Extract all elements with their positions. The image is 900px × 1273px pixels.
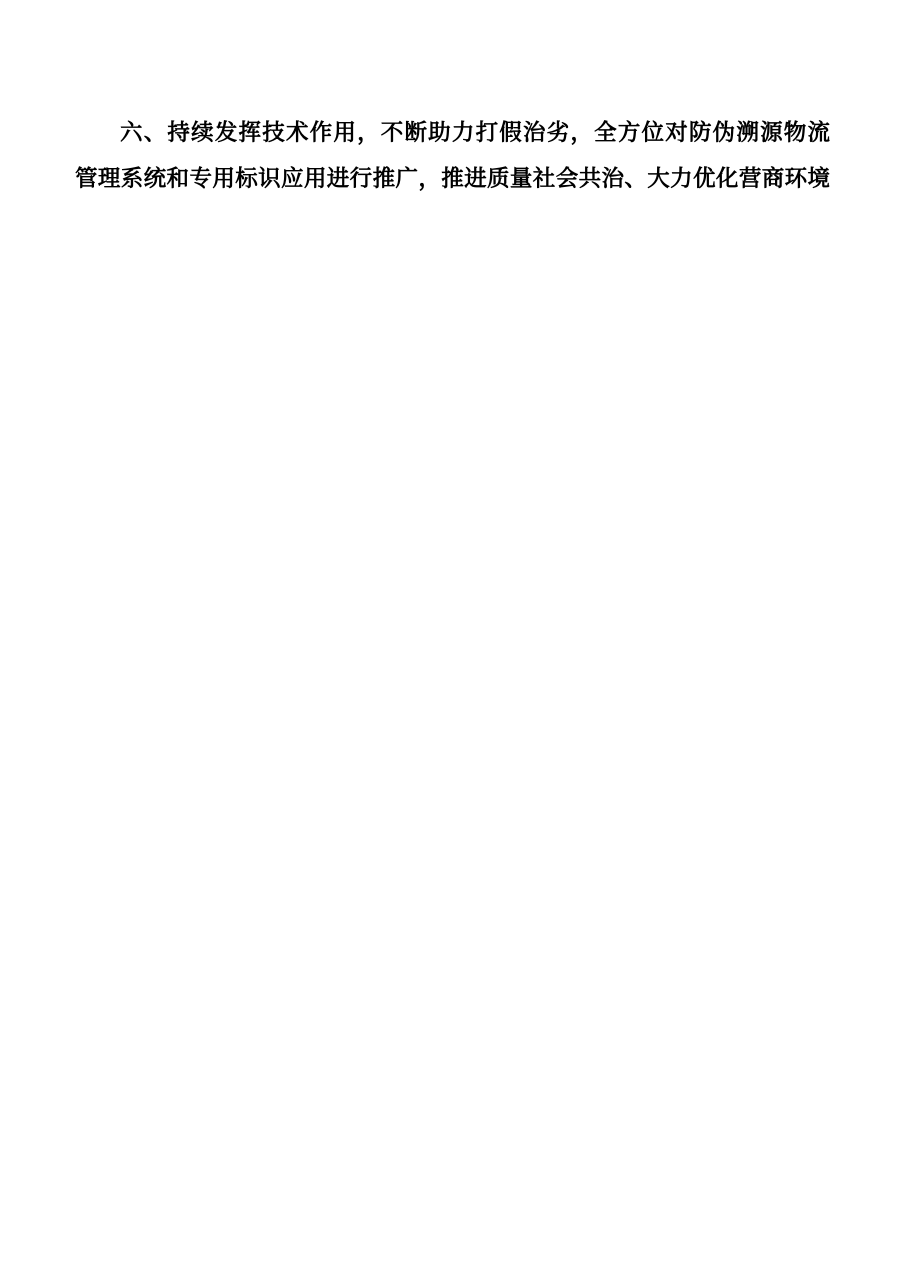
document-content: 六、持续发挥技术作用，不断助力打假治劣，全方位对防伪溯源物流管理系统和专用标识应… [75, 110, 830, 218]
document-page: 六、持续发挥技术作用，不断助力打假治劣，全方位对防伪溯源物流管理系统和专用标识应… [0, 0, 900, 1273]
heading-line: 管理系统和专用标识应用进行推广，推进质量社会共治、大力优化营商环境 [75, 156, 830, 202]
section-heading: 六、持续发挥技术作用，不断助力打假治劣，全方位对防伪溯源物流管理系统和专用标识应… [75, 110, 830, 202]
heading-line: 六、持续发挥技术作用，不断助力打假治劣，全方位对防伪溯源物流 [75, 110, 830, 156]
